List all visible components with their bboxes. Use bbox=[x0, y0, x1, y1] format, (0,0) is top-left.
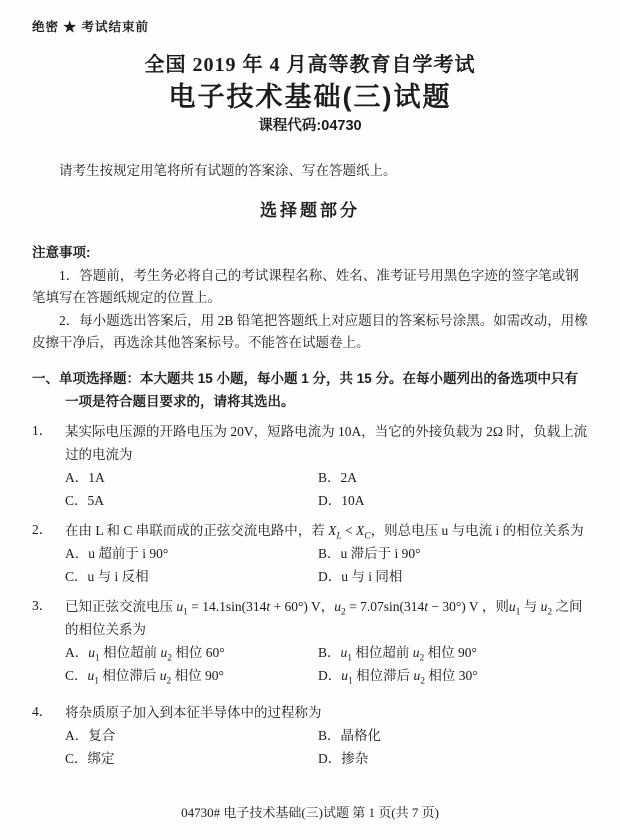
option-key: A． bbox=[65, 645, 88, 660]
option-key: B． bbox=[318, 546, 341, 561]
question-item-1: 1． 某实际电压源的开路电压为 20V，短路电流为 10A，当它的外接负载为 2… bbox=[32, 420, 588, 512]
option-a: A．复合 bbox=[65, 724, 318, 747]
question-stem: 某实际电压源的开路电压为 20V，短路电流为 10A，当它的外接负载为 2Ω 时… bbox=[65, 420, 588, 466]
option-text: 5A bbox=[88, 493, 105, 508]
question-number: 4． bbox=[32, 701, 65, 770]
question-number: 1． bbox=[32, 420, 65, 512]
question-stem: 在由 L 和 C 串联而成的正弦交流电路中，若 XL < XC，则总电压 u 与… bbox=[65, 519, 588, 542]
notes-heading: 注意事项: bbox=[32, 242, 588, 264]
question-number: 3． bbox=[32, 595, 65, 687]
option-key: C． bbox=[65, 668, 88, 683]
option-c: C．u1 相位滞后 u2 相位 90° bbox=[65, 664, 318, 687]
page-footer: 04730# 电子技术基础(三)试题 第 1 页(共 7 页) bbox=[0, 802, 620, 824]
option-key: D． bbox=[318, 751, 341, 766]
option-key: C． bbox=[65, 751, 88, 766]
option-b: B．u1 相位超前 u2 相位 90° bbox=[318, 641, 588, 664]
option-c: C．绑定 bbox=[65, 747, 318, 770]
option-b: B．u 滞后于 i 90° bbox=[318, 542, 588, 565]
options-group: A．1A B．2A C．5A D．10A bbox=[65, 466, 588, 512]
option-d: D．10A bbox=[318, 489, 588, 512]
option-text: u 与 i 同相 bbox=[341, 569, 402, 584]
note-item-2: 2．每小题选出答案后，用 2B 铅笔把答题纸上对应题目的答案标号涂黑。如需改动，… bbox=[32, 310, 588, 354]
option-text: u1 相位超前 u2 相位 90° bbox=[341, 645, 477, 660]
option-c: C．u 与 i 反相 bbox=[65, 565, 318, 588]
option-key: D． bbox=[318, 569, 341, 584]
option-text: 绑定 bbox=[88, 751, 115, 766]
question-item-2: 2． 在由 L 和 C 串联而成的正弦交流电路中，若 XL < XC，则总电压 … bbox=[32, 519, 588, 588]
option-text: u 超前于 i 90° bbox=[88, 546, 168, 561]
exam-session-title: 全国 2019 年 4 月高等教育自学考试 bbox=[32, 52, 588, 78]
option-text: 掺杂 bbox=[341, 751, 368, 766]
section-title: 选择题部分 bbox=[32, 200, 588, 222]
option-b: B．晶格化 bbox=[318, 724, 588, 747]
option-text: u1 相位滞后 u2 相位 30° bbox=[341, 668, 477, 683]
option-key: D． bbox=[318, 668, 341, 683]
option-d: D．掺杂 bbox=[318, 747, 588, 770]
part-one-heading: 一、单项选择题：本大题共 15 小题，每小题 1 分，共 15 分。在每小题列出… bbox=[32, 367, 588, 413]
option-key: B． bbox=[318, 470, 341, 485]
option-a: A．1A bbox=[65, 466, 318, 489]
option-key: A． bbox=[65, 546, 88, 561]
option-d: D．u 与 i 同相 bbox=[318, 565, 588, 588]
option-text: 晶格化 bbox=[341, 728, 382, 743]
options-group: A．u 超前于 i 90° B．u 滞后于 i 90° C．u 与 i 反相 D… bbox=[65, 542, 588, 588]
question-number: 2． bbox=[32, 519, 65, 588]
question-item-4: 4． 将杂质原子加入到本征半导体中的过程称为 A．复合 B．晶格化 C．绑定 D… bbox=[32, 701, 588, 770]
option-b: B．2A bbox=[318, 466, 588, 489]
option-key: A． bbox=[65, 728, 88, 743]
option-text: u 与 i 反相 bbox=[88, 569, 149, 584]
option-key: C． bbox=[65, 569, 88, 584]
option-c: C．5A bbox=[65, 489, 318, 512]
question-item-3: 3． 已知正弦交流电压 u1 = 14.1sin(314t + 60°) V，u… bbox=[32, 595, 588, 687]
option-a: A．u1 相位超前 u2 相位 60° bbox=[65, 641, 318, 664]
option-key: D． bbox=[318, 493, 341, 508]
option-text: u1 相位超前 u2 相位 60° bbox=[88, 645, 224, 660]
paper-title: 电子技术基础(三)试题 bbox=[32, 81, 588, 114]
option-key: B． bbox=[318, 645, 341, 660]
option-text: u 滞后于 i 90° bbox=[341, 546, 421, 561]
options-group: A．u1 相位超前 u2 相位 60° B．u1 相位超前 u2 相位 90° … bbox=[65, 641, 588, 687]
answer-instruction: 请考生按规定用笔将所有试题的答案涂、写在答题纸上。 bbox=[32, 160, 588, 182]
exam-paper-page: 绝密 ★ 考试结束前 全国 2019 年 4 月高等教育自学考试 电子技术基础(… bbox=[0, 0, 620, 840]
option-key: A． bbox=[65, 470, 88, 485]
question-stem: 将杂质原子加入到本征半导体中的过程称为 bbox=[65, 701, 588, 724]
security-label: 绝密 ★ 考试结束前 bbox=[32, 16, 588, 38]
option-text: u1 相位滞后 u2 相位 90° bbox=[88, 668, 224, 683]
options-group: A．复合 B．晶格化 C．绑定 D．掺杂 bbox=[65, 724, 588, 770]
question-stem: 已知正弦交流电压 u1 = 14.1sin(314t + 60°) V，u2 =… bbox=[65, 595, 588, 641]
option-text: 1A bbox=[88, 470, 105, 485]
note-item-1: 1．答题前，考生务必将自己的考试课程名称、姓名、准考证号用黑色字迹的签字笔或钢笔… bbox=[32, 265, 588, 309]
option-d: D．u1 相位滞后 u2 相位 30° bbox=[318, 664, 588, 687]
option-key: B． bbox=[318, 728, 341, 743]
option-text: 10A bbox=[341, 493, 364, 508]
option-key: C． bbox=[65, 493, 88, 508]
course-code: 课程代码:04730 bbox=[32, 116, 588, 136]
option-text: 2A bbox=[341, 470, 358, 485]
option-text: 复合 bbox=[88, 728, 115, 743]
option-a: A．u 超前于 i 90° bbox=[65, 542, 318, 565]
